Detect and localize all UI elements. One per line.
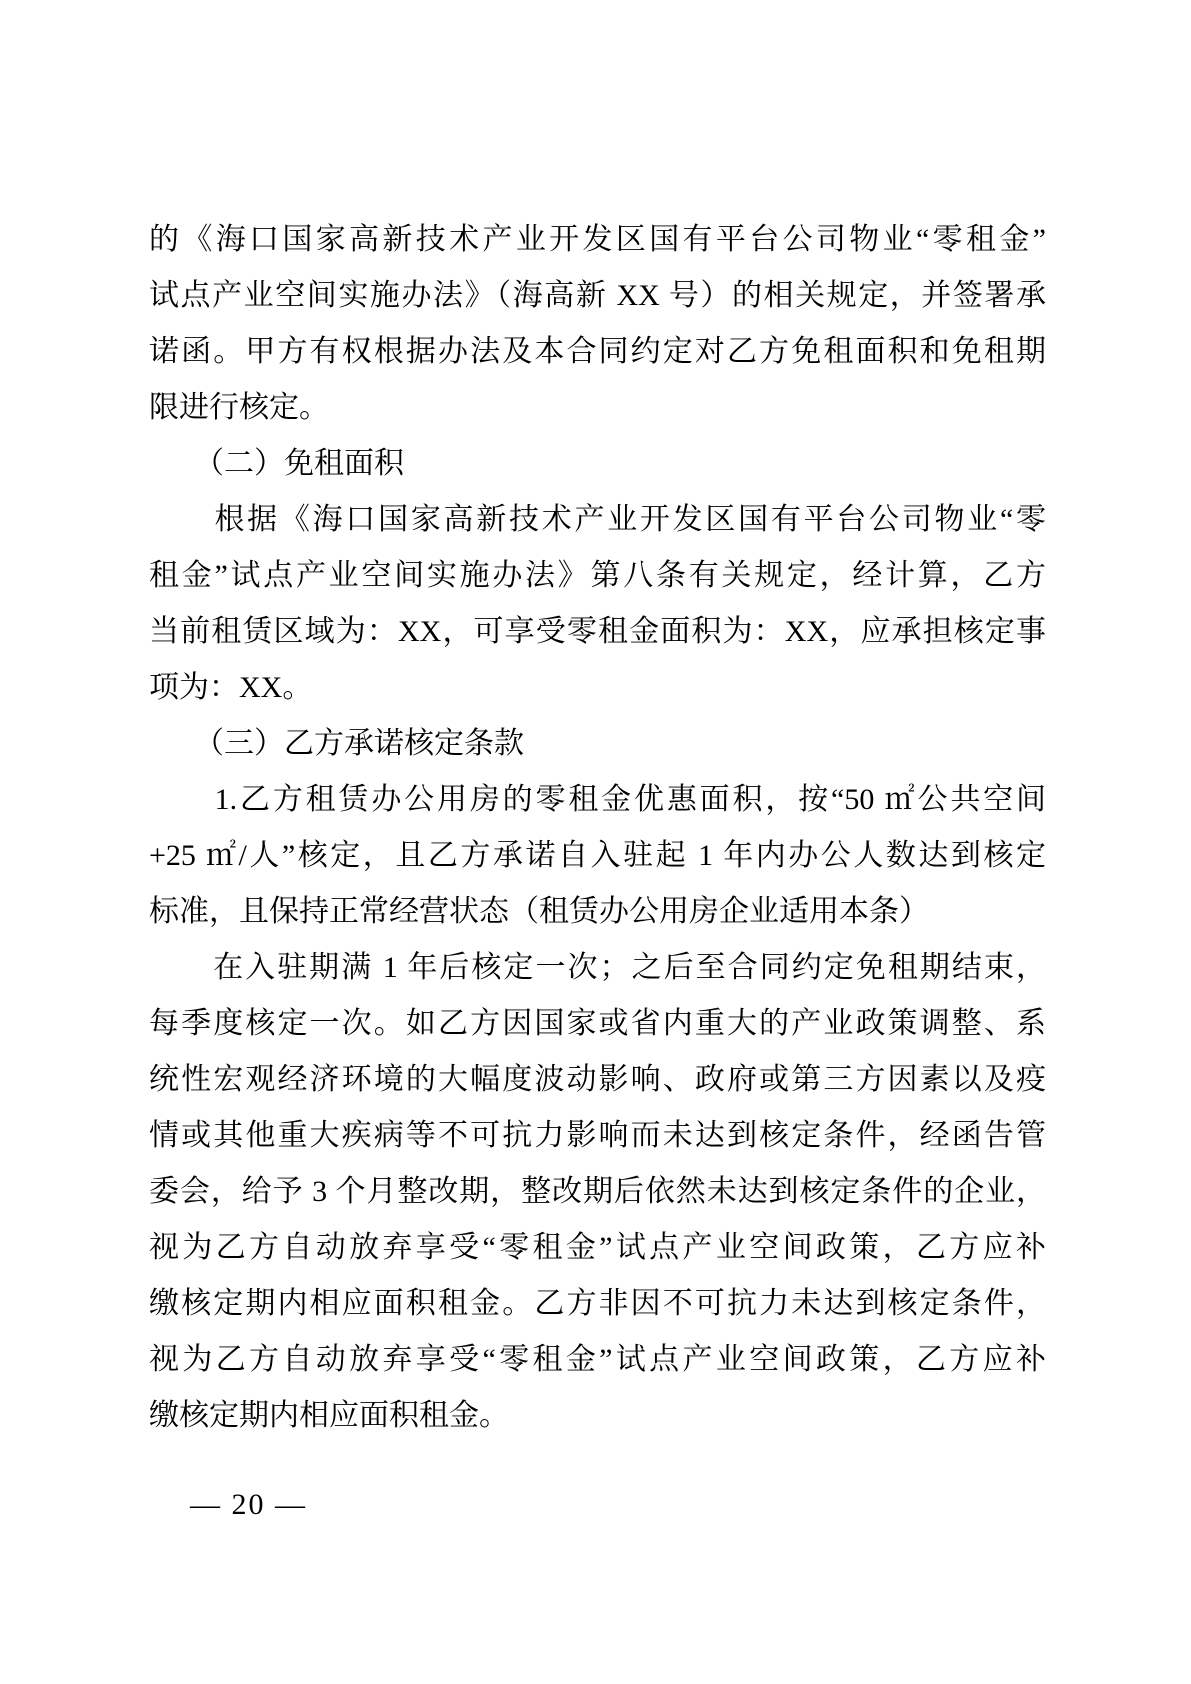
text-line: 委会，给予 3 个月整改期，整改期后依然未达到核定条件的企业， [149, 1164, 1046, 1220]
text-line: 缴核定期内相应面积租金。乙方非因不可抗力未达到核定条件， [149, 1276, 1046, 1332]
document-body: 的《海口国家高新技术产业开发区国有平台公司物业“零租金” 试点产业空间实施办法》… [149, 212, 1046, 1444]
document-page: 的《海口国家高新技术产业开发区国有平台公司物业“零租金” 试点产业空间实施办法》… [0, 0, 1191, 1684]
text-line: 每季度核定一次。如乙方因国家或省内重大的产业政策调整、系 [149, 996, 1046, 1052]
text-line: 缴核定期内相应面积租金。 [149, 1388, 1046, 1444]
text-line: +25 ㎡/人”核定，且乙方承诺自入驻起 1 年内办公人数达到核定 [149, 828, 1046, 884]
text-line: 当前租赁区域为：XX，可享受零租金面积为：XX，应承担核定事 [149, 604, 1046, 660]
text-line: 项为：XX。 [149, 660, 1046, 716]
section-heading: （二）免租面积 [149, 436, 1046, 492]
text-line: 视为乙方自动放弃享受“零租金”试点产业空间政策，乙方应补 [149, 1332, 1046, 1388]
text-line: 的《海口国家高新技术产业开发区国有平台公司物业“零租金” [149, 212, 1046, 268]
text-line: 租金”试点产业空间实施办法》第八条有关规定，经计算，乙方 [149, 548, 1046, 604]
text-line: 情或其他重大疾病等不可抗力影响而未达到核定条件，经函告管 [149, 1108, 1046, 1164]
text-line: 诺函。甲方有权根据办法及本合同约定对乙方免租面积和免租期 [149, 324, 1046, 380]
text-line: 试点产业空间实施办法》（海高新 XX 号）的相关规定，并签署承 [149, 268, 1046, 324]
text-line: 1.乙方租赁办公用房的零租金优惠面积，按“50 ㎡公共空间 [149, 772, 1046, 828]
page-footer: — 20 — [190, 1488, 307, 1522]
text-line: 标准，且保持正常经营状态（租赁办公用房企业适用本条） [149, 884, 1046, 940]
text-line: 统性宏观经济环境的大幅度波动影响、政府或第三方因素以及疫 [149, 1052, 1046, 1108]
text-line: 限进行核定。 [149, 380, 1046, 436]
text-line: 视为乙方自动放弃享受“零租金”试点产业空间政策，乙方应补 [149, 1220, 1046, 1276]
text-line: 在入驻期满 1 年后核定一次；之后至合同约定免租期结束， [149, 940, 1046, 996]
page-number: — 20 — [190, 1488, 307, 1521]
section-heading: （三）乙方承诺核定条款 [149, 716, 1046, 772]
text-line: 根据《海口国家高新技术产业开发区国有平台公司物业“零 [149, 492, 1046, 548]
